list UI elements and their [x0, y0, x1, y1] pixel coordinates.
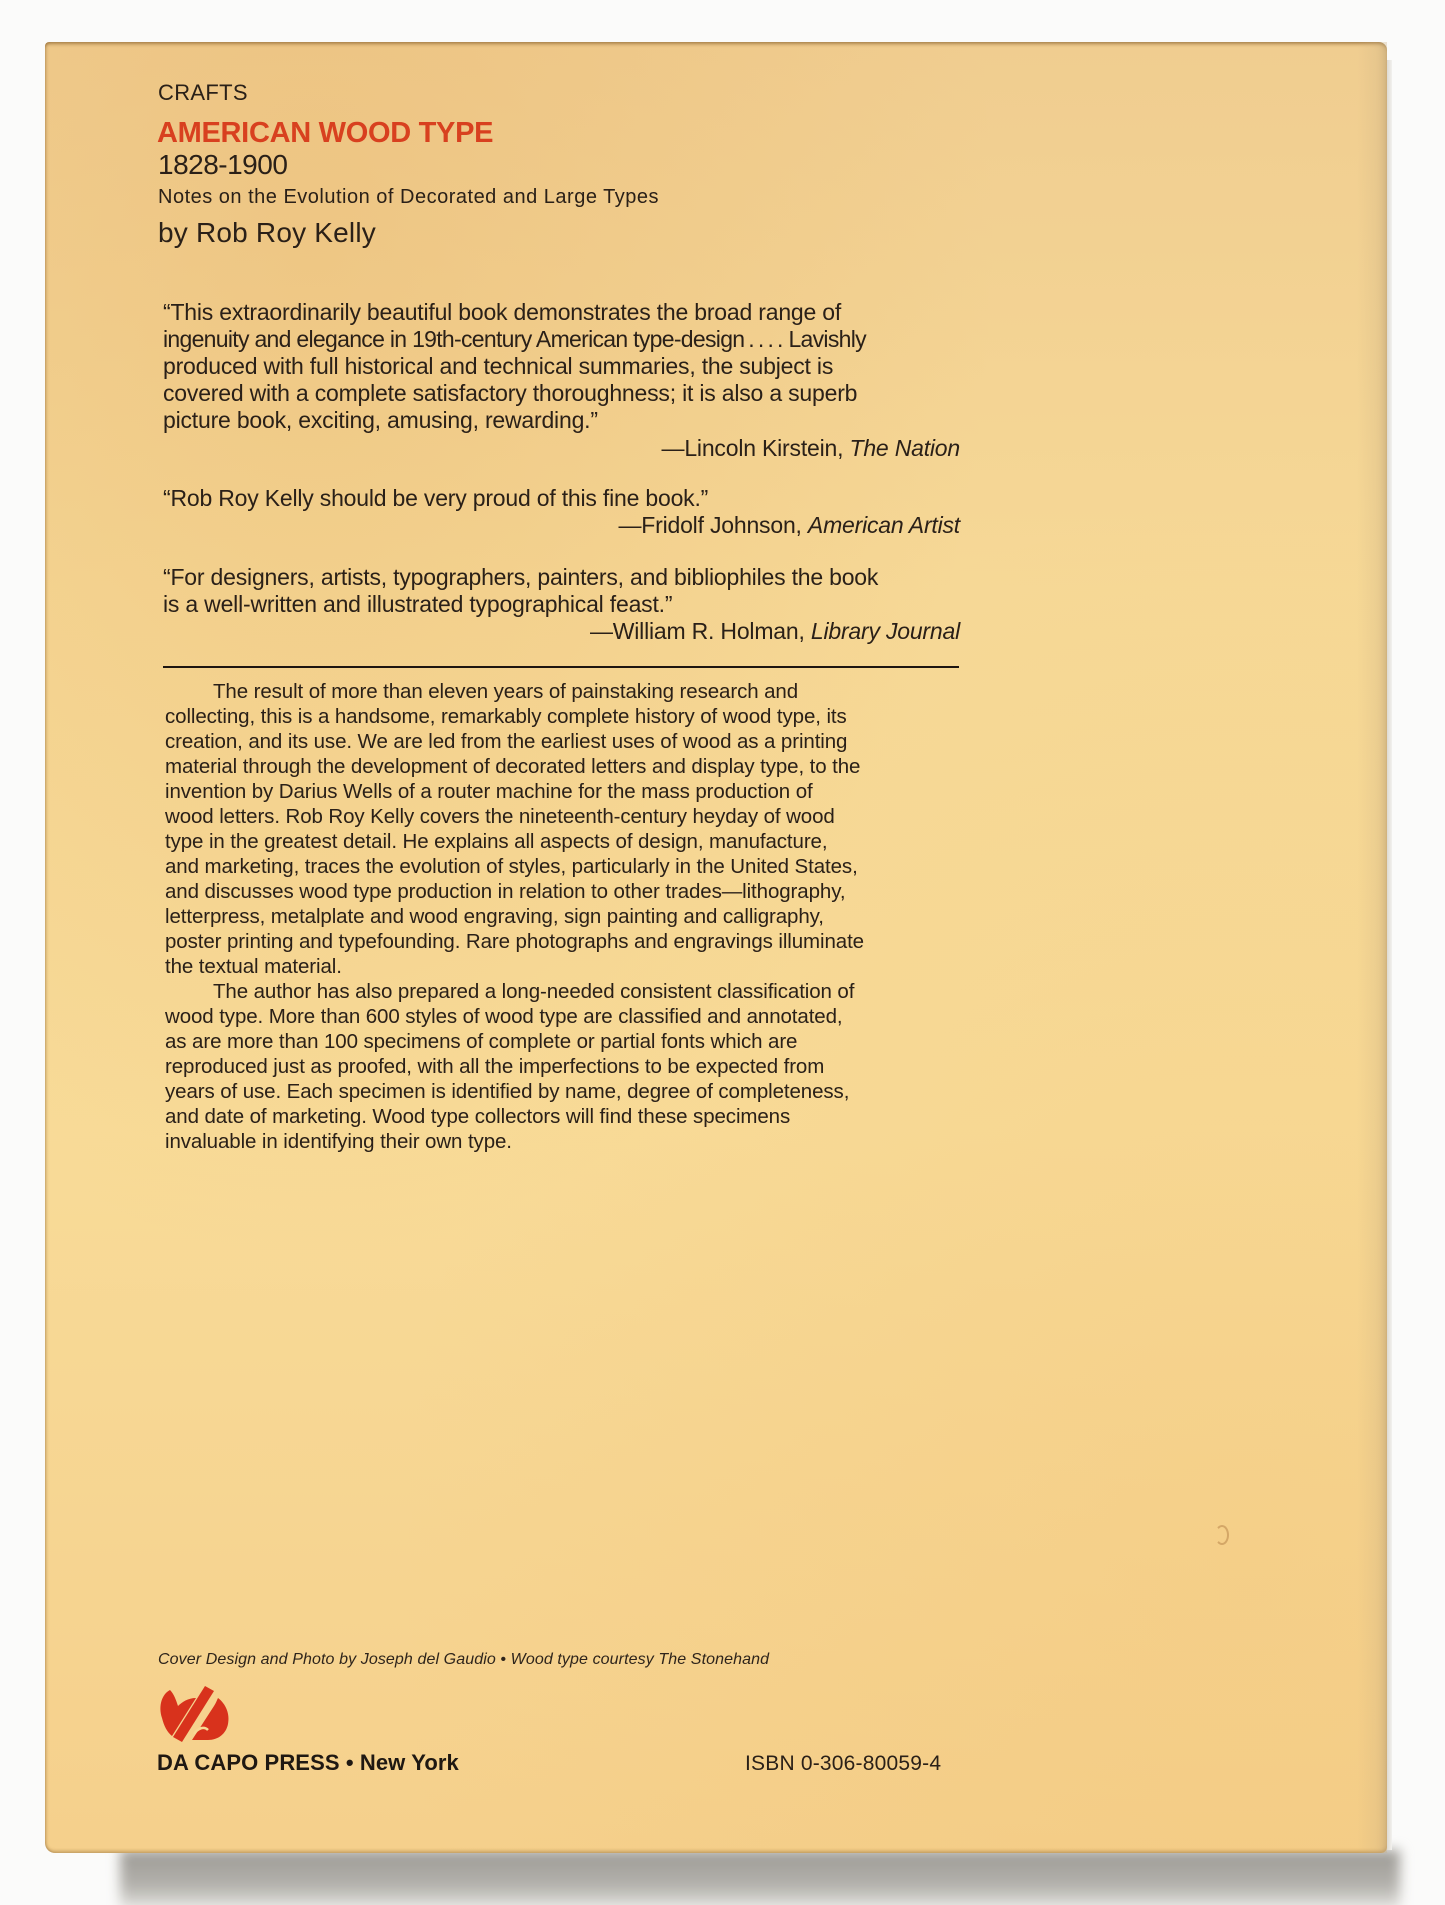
book-author: by Rob Roy Kelly [158, 217, 376, 249]
quote-line: “This extraordinarily beautiful book dem… [163, 299, 841, 326]
description-line: and marketing, traces the evolution of s… [165, 855, 858, 879]
description-line: as are more than 100 specimens of comple… [165, 1030, 797, 1054]
description-line: type in the greatest detail. He explains… [165, 830, 827, 854]
isbn-number: ISBN 0-306-80059-4 [745, 1752, 941, 1776]
description-line: letterpress, metalplate and wood engravi… [165, 905, 824, 929]
attribution-name: —Fridolf Johnson, [618, 512, 807, 538]
description-line: material through the development of deco… [165, 755, 860, 779]
da-capo-logo-icon [158, 1684, 230, 1744]
attribution-source: American Artist [808, 512, 960, 538]
attribution-source: The Nation [849, 435, 960, 461]
description-line: the textual material. [165, 955, 342, 979]
description-line: collecting, this is a handsome, remarkab… [165, 705, 847, 729]
quote-line: produced with full historical and techni… [163, 353, 833, 380]
attribution-source: Library Journal [811, 618, 960, 644]
description-line: The author has also prepared a long-need… [213, 980, 854, 1004]
description-line: wood letters. Rob Roy Kelly covers the n… [165, 805, 835, 829]
quote-line: ingenuity and elegance in 19th-century A… [163, 326, 866, 353]
publisher-name: DA CAPO PRESS • New York [157, 1750, 459, 1776]
category-label: CRAFTS [158, 80, 248, 106]
quote-line: picture book, exciting, amusing, rewardi… [163, 407, 598, 434]
book-years: 1828-1900 [158, 149, 287, 181]
description-line: years of use. Each specimen is identifie… [165, 1080, 849, 1104]
book-subtitle: Notes on the Evolution of Decorated and … [158, 186, 659, 209]
book-title: AMERICAN WOOD TYPE [157, 117, 493, 150]
quote-line: “Rob Roy Kelly should be very proud of t… [163, 485, 708, 512]
description-line: invention by Darius Wells of a router ma… [165, 780, 813, 804]
divider-rule [163, 666, 959, 668]
quote-line: is a well-written and illustrated typogr… [163, 591, 672, 618]
description-line: invaluable in identifying their own type… [165, 1130, 512, 1154]
book-back-cover: CRAFTS AMERICAN WOOD TYPE 1828-1900 Note… [45, 42, 1387, 1853]
table-shadow [120, 1850, 1400, 1905]
attribution-name: —William R. Holman, [590, 618, 811, 644]
cover-blemish [1215, 1525, 1229, 1545]
cover-edge-wear [1357, 42, 1387, 1853]
description-line: and date of marketing. Wood type collect… [165, 1105, 790, 1129]
description-line: reproduced just as proofed, with all the… [165, 1055, 824, 1079]
description-line: creation, and its use. We are led from t… [165, 730, 847, 754]
description-line: wood type. More than 600 styles of wood … [165, 1005, 843, 1029]
description-line: poster printing and typefounding. Rare p… [165, 930, 864, 954]
attribution-name: —Lincoln Kirstein, [662, 435, 850, 461]
quote-line: covered with a complete satisfactory tho… [163, 380, 857, 407]
quote-line: “For designers, artists, typographers, p… [163, 564, 878, 591]
cover-credit: Cover Design and Photo by Joseph del Gau… [158, 1651, 769, 1669]
description-line: and discusses wood type production in re… [165, 880, 845, 904]
description-line: The result of more than eleven years of … [213, 680, 798, 704]
